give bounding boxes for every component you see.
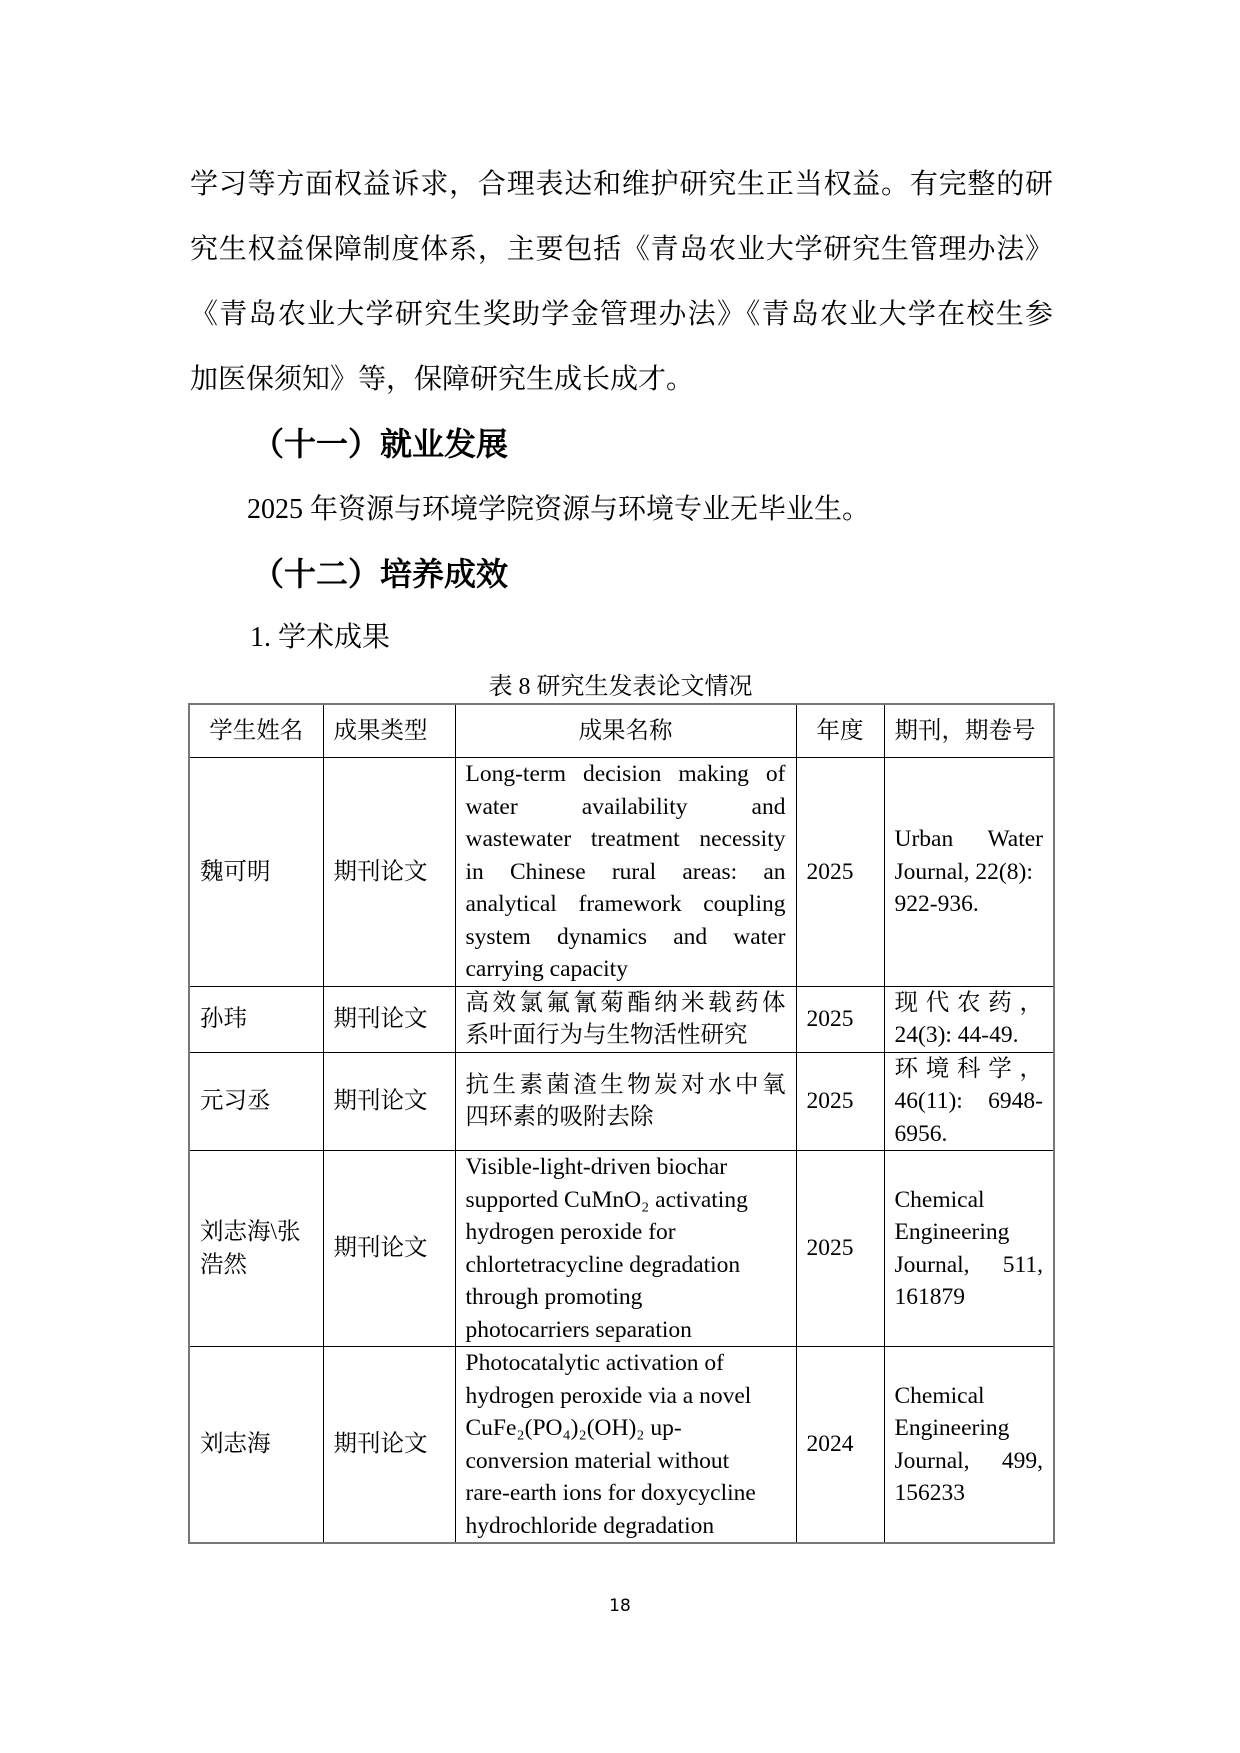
journal-cell-line: 161879	[895, 1281, 1044, 1314]
student-name-cell-line: 魏可明	[200, 856, 313, 889]
result-type-cell-line: 期刊论文	[334, 1085, 445, 1118]
publications-table: 学生姓名 成果类型 成果名称 年度 期刊，期卷号 魏可明期刊论文Long-ter…	[188, 703, 1055, 1544]
journal-cell-line: Journal, 22(8):	[895, 856, 1044, 889]
result-title-cell: Photocatalytic activation ofhydrogen per…	[455, 1347, 796, 1544]
result-title-cell-line: Photocatalytic activation of	[466, 1347, 786, 1380]
journal-cell-line: Engineering	[895, 1412, 1044, 1445]
student-name-cell: 孙玮	[189, 986, 323, 1052]
journal-cell: ChemicalEngineeringJournal, 511,161879	[884, 1151, 1054, 1347]
result-type-cell: 期刊论文	[323, 758, 455, 987]
journal-cell-line: Journal, 499,	[895, 1445, 1044, 1478]
journal-cell-line: Chemical	[895, 1184, 1044, 1217]
year-cell: 2025	[796, 986, 884, 1052]
year-cell-line: 2025	[807, 1085, 874, 1118]
student-name-cell: 刘志海\张浩然	[189, 1151, 323, 1347]
column-header-student: 学生姓名	[189, 704, 323, 758]
result-title-cell: Long-term decision making ofwater availa…	[455, 758, 796, 987]
year-cell-line: 2025	[807, 1003, 874, 1036]
journal-cell-line: 环境科学，	[895, 1053, 1044, 1086]
journal-cell: 环境科学，46(11): 6948-6956.	[884, 1052, 1054, 1151]
result-title-cell-line: hydrogen peroxide for	[466, 1216, 786, 1249]
student-name-cell-line: 刘志海	[200, 1428, 313, 1461]
result-title-cell-line: water availability and	[466, 791, 786, 824]
result-title-cell-line: 高效氯氟氰菊酯纳米载药体	[466, 987, 786, 1020]
table-row: 魏可明期刊论文Long-term decision making ofwater…	[189, 758, 1054, 987]
journal-cell: Urban WaterJournal, 22(8):922-936.	[884, 758, 1054, 987]
result-title-cell-line: chlortetracycline degradation	[466, 1249, 786, 1282]
journal-cell-line: 922-936.	[895, 888, 1044, 921]
year-cell-line: 2024	[807, 1428, 874, 1461]
column-header-type: 成果类型	[323, 704, 455, 758]
column-header-year: 年度	[796, 704, 884, 758]
page-number: 18	[0, 1592, 1240, 1620]
section-heading-training-results: （十二）培养成效	[252, 542, 508, 607]
table-row: 孙玮期刊论文高效氯氟氰菊酯纳米载药体系叶面行为与生物活性研究2025现代农药，2…	[189, 986, 1054, 1052]
table-row: 元习丞期刊论文抗生素菌渣生物炭对水中氧四环素的吸附去除2025环境科学，46(1…	[189, 1052, 1054, 1151]
result-type-cell-line: 期刊论文	[334, 856, 445, 889]
result-title-cell-line: carrying capacity	[466, 953, 786, 986]
employment-text: 2025 年资源与环境学院资源与环境专业无毕业生。	[247, 477, 870, 542]
result-title-cell-line: Long-term decision making of	[466, 758, 786, 791]
journal-cell-line: Engineering	[895, 1216, 1044, 1249]
result-type-cell: 期刊论文	[323, 1052, 455, 1151]
section-heading-employment: （十一）就业发展	[252, 412, 508, 477]
journal-cell: ChemicalEngineeringJournal, 499,156233	[884, 1347, 1054, 1544]
table-row: 刘志海\张浩然期刊论文Visible-light-driven biochars…	[189, 1151, 1054, 1347]
journal-cell: 现代农药，24(3): 44-49.	[884, 986, 1054, 1052]
result-title-cell-line: through promoting	[466, 1281, 786, 1314]
result-title-cell: Visible-light-driven biocharsupported Cu…	[455, 1151, 796, 1347]
result-title-cell-line: 四环素的吸附去除	[466, 1101, 786, 1134]
result-title-cell-line: rare-earth ions for doxycycline	[466, 1477, 786, 1510]
result-title-cell-line: analytical framework coupling	[466, 888, 786, 921]
paragraph-line: 《青岛农业大学研究生奖助学金管理办法》《青岛农业大学在校生参	[190, 282, 1053, 347]
result-title-cell-line: supported CuMnO₂ activating	[466, 1184, 786, 1217]
result-title-cell-line: hydrochloride degradation	[466, 1510, 786, 1543]
result-title-cell-line: system dynamics and water	[466, 921, 786, 954]
result-title-cell-line: 系叶面行为与生物活性研究	[466, 1019, 786, 1052]
result-title-cell: 高效氯氟氰菊酯纳米载药体系叶面行为与生物活性研究	[455, 986, 796, 1052]
journal-cell-line: 46(11): 6948-	[895, 1085, 1044, 1118]
journal-cell-line: Urban Water	[895, 823, 1044, 856]
student-name-cell: 魏可明	[189, 758, 323, 987]
journal-cell-line: Journal, 511,	[895, 1249, 1044, 1282]
student-name-cell-line: 浩然	[200, 1249, 313, 1282]
table-row: 刘志海期刊论文Photocatalytic activation ofhydro…	[189, 1347, 1054, 1544]
result-title-cell-line: photocarriers separation	[466, 1314, 786, 1347]
table-caption: 表 8 研究生发表论文情况	[188, 672, 1053, 702]
column-header-journal: 期刊，期卷号	[884, 704, 1054, 758]
result-type-cell-line: 期刊论文	[334, 1003, 445, 1036]
result-title-cell-line: hydrogen peroxide via a novel	[466, 1380, 786, 1413]
student-name-cell: 刘志海	[189, 1347, 323, 1544]
student-name-cell-line: 孙玮	[200, 1003, 313, 1036]
year-cell: 2025	[796, 758, 884, 987]
result-type-cell-line: 期刊论文	[334, 1428, 445, 1461]
year-cell-line: 2025	[807, 1232, 874, 1265]
year-cell-line: 2025	[807, 856, 874, 889]
subheading-academic-results: 1. 学术成果	[250, 605, 390, 670]
result-title-cell-line: Visible-light-driven biochar	[466, 1151, 786, 1184]
student-name-cell-line: 元习丞	[200, 1085, 313, 1118]
paragraph-line: 学习等方面权益诉求，合理表达和维护研究生正当权益。有完整的研	[190, 152, 1053, 217]
student-name-cell-line: 刘志海\张	[200, 1216, 313, 1249]
result-type-cell: 期刊论文	[323, 1151, 455, 1347]
result-title-cell-line: in Chinese rural areas: an	[466, 856, 786, 889]
result-title-cell-line: CuFe₂(PO₄)₂(OH)₂ up-	[466, 1412, 786, 1445]
year-cell: 2025	[796, 1151, 884, 1347]
journal-cell-line: 6956.	[895, 1118, 1044, 1151]
journal-cell-line: Chemical	[895, 1380, 1044, 1413]
result-type-cell: 期刊论文	[323, 1347, 455, 1544]
result-title-cell-line: wastewater treatment necessity	[466, 823, 786, 856]
table-header-row: 学生姓名 成果类型 成果名称 年度 期刊，期卷号	[189, 704, 1054, 758]
result-title-cell-line: 抗生素菌渣生物炭对水中氧	[466, 1069, 786, 1102]
paragraph-line: 究生权益保障制度体系，主要包括《青岛农业大学研究生管理办法》	[190, 217, 1053, 282]
column-header-title: 成果名称	[455, 704, 796, 758]
result-type-cell: 期刊论文	[323, 986, 455, 1052]
journal-cell-line: 现代农药，	[895, 987, 1044, 1020]
year-cell: 2025	[796, 1052, 884, 1151]
journal-cell-line: 156233	[895, 1477, 1044, 1510]
journal-cell-line: 24(3): 44-49.	[895, 1019, 1044, 1052]
student-name-cell: 元习丞	[189, 1052, 323, 1151]
result-type-cell-line: 期刊论文	[334, 1232, 445, 1265]
result-title-cell-line: conversion material without	[466, 1445, 786, 1478]
result-title-cell: 抗生素菌渣生物炭对水中氧四环素的吸附去除	[455, 1052, 796, 1151]
table-body: 魏可明期刊论文Long-term decision making ofwater…	[189, 758, 1054, 1544]
year-cell: 2024	[796, 1347, 884, 1544]
paragraph-line: 加医保须知》等，保障研究生成长成才。	[190, 347, 1053, 412]
